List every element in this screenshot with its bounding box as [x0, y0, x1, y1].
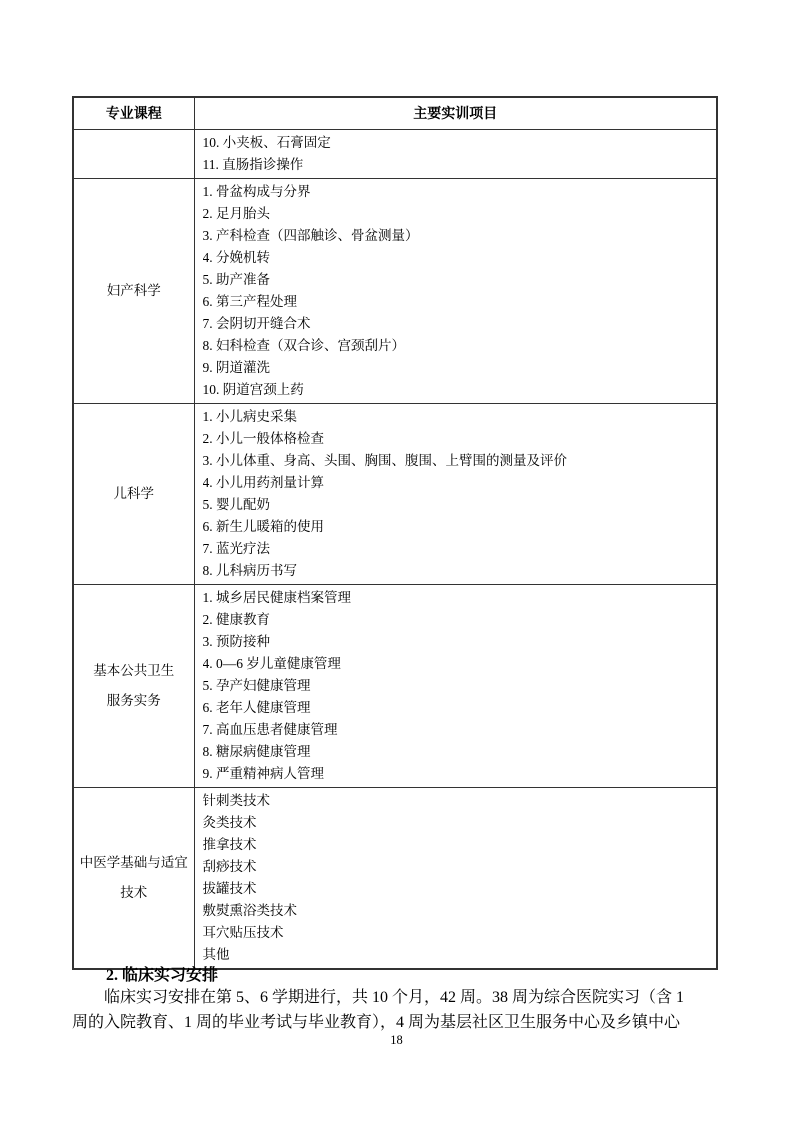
training-item: 8. 妇科检查（双合诊、宫颈刮片） [203, 335, 709, 357]
training-item: 3. 产科检查（四部触诊、骨盆测量） [203, 225, 709, 247]
body-paragraph: 临床实习安排在第 5、6 学期进行，共 10 个月，42 周。38 周为综合医院… [72, 985, 720, 1035]
section-heading: 2. 临床实习安排 [106, 962, 218, 985]
training-item: 10. 小夹板、石膏固定 [203, 132, 709, 154]
training-items-cell: 1. 骨盆构成与分界2. 足月胎头3. 产科检查（四部触诊、骨盆测量）4. 分娩… [194, 178, 717, 403]
training-item: 4. 分娩机转 [203, 247, 709, 269]
course-name-cell [73, 129, 194, 178]
training-item: 7. 高血压患者健康管理 [203, 719, 709, 741]
training-item: 8. 儿科病历书写 [203, 560, 709, 582]
training-item: 敷熨熏浴类技术 [203, 900, 709, 922]
training-item: 9. 阴道灌洗 [203, 357, 709, 379]
training-item: 5. 助产准备 [203, 269, 709, 291]
training-item: 2. 健康教育 [203, 609, 709, 631]
training-item: 4. 小儿用药剂量计算 [203, 472, 709, 494]
table-row: 中医学基础与适宜技术针刺类技术灸类技术推拿技术刮痧技术拔罐技术敷熨熏浴类技术耳穴… [73, 787, 717, 969]
course-name-cell: 儿科学 [73, 403, 194, 584]
table-row: 10. 小夹板、石膏固定11. 直肠指诊操作 [73, 129, 717, 178]
paragraph-line: 临床实习安排在第 5、6 学期进行，共 10 个月，42 周。38 周为综合医院… [72, 985, 720, 1010]
training-item: 7. 会阴切开缝合术 [203, 313, 709, 335]
training-item: 11. 直肠指诊操作 [203, 154, 709, 176]
training-items-cell: 1. 小儿病史采集2. 小儿一般体格检查3. 小儿体重、身高、头围、胸围、腹围、… [194, 403, 717, 584]
training-item: 3. 预防接种 [203, 631, 709, 653]
table-row: 妇产科学1. 骨盆构成与分界2. 足月胎头3. 产科检查（四部触诊、骨盆测量）4… [73, 178, 717, 403]
training-item: 3. 小儿体重、身高、头围、胸围、腹围、上臂围的测量及评价 [203, 450, 709, 472]
table-row: 基本公共卫生 服务实务1. 城乡居民健康档案管理2. 健康教育3. 预防接种4.… [73, 584, 717, 787]
training-item: 10. 阴道宫颈上药 [203, 379, 709, 401]
column-header-items: 主要实训项目 [194, 97, 717, 129]
training-item: 耳穴贴压技术 [203, 922, 709, 944]
training-item: 8. 糖尿病健康管理 [203, 741, 709, 763]
training-item: 拔罐技术 [203, 878, 709, 900]
training-items-cell: 1. 城乡居民健康档案管理2. 健康教育3. 预防接种4. 0—6 岁儿童健康管… [194, 584, 717, 787]
training-item: 1. 城乡居民健康档案管理 [203, 587, 709, 609]
training-item: 9. 严重精神病人管理 [203, 763, 709, 785]
training-item: 1. 骨盆构成与分界 [203, 181, 709, 203]
table-body: 10. 小夹板、石膏固定11. 直肠指诊操作妇产科学1. 骨盆构成与分界2. 足… [73, 129, 717, 969]
training-item: 6. 新生儿暖箱的使用 [203, 516, 709, 538]
training-item: 其他 [203, 944, 709, 966]
training-item: 6. 老年人健康管理 [203, 697, 709, 719]
training-item: 5. 婴儿配奶 [203, 494, 709, 516]
training-item: 6. 第三产程处理 [203, 291, 709, 313]
training-item: 4. 0—6 岁儿童健康管理 [203, 653, 709, 675]
course-name-cell: 基本公共卫生 服务实务 [73, 584, 194, 787]
training-item: 灸类技术 [203, 812, 709, 834]
course-name-cell: 妇产科学 [73, 178, 194, 403]
page-number: 18 [0, 1033, 793, 1048]
column-header-course: 专业课程 [73, 97, 194, 129]
training-items-cell: 针刺类技术灸类技术推拿技术刮痧技术拔罐技术敷熨熏浴类技术耳穴贴压技术其他 [194, 787, 717, 969]
training-item: 针刺类技术 [203, 790, 709, 812]
training-projects-table: 专业课程 主要实训项目 10. 小夹板、石膏固定11. 直肠指诊操作妇产科学1.… [72, 96, 718, 970]
table-header-row: 专业课程 主要实训项目 [73, 97, 717, 129]
course-name-cell: 中医学基础与适宜技术 [73, 787, 194, 969]
table-row: 儿科学1. 小儿病史采集2. 小儿一般体格检查3. 小儿体重、身高、头围、胸围、… [73, 403, 717, 584]
training-item: 7. 蓝光疗法 [203, 538, 709, 560]
training-item: 1. 小儿病史采集 [203, 406, 709, 428]
document-page: 专业课程 主要实训项目 10. 小夹板、石膏固定11. 直肠指诊操作妇产科学1.… [0, 0, 793, 1122]
training-item: 刮痧技术 [203, 856, 709, 878]
paragraph-line: 周的入院教育、1 周的毕业考试与毕业教育），4 周为基层社区卫生服务中心及乡镇中… [72, 1010, 720, 1035]
training-items-cell: 10. 小夹板、石膏固定11. 直肠指诊操作 [194, 129, 717, 178]
training-item: 2. 足月胎头 [203, 203, 709, 225]
training-item: 2. 小儿一般体格检查 [203, 428, 709, 450]
training-item: 推拿技术 [203, 834, 709, 856]
training-item: 5. 孕产妇健康管理 [203, 675, 709, 697]
